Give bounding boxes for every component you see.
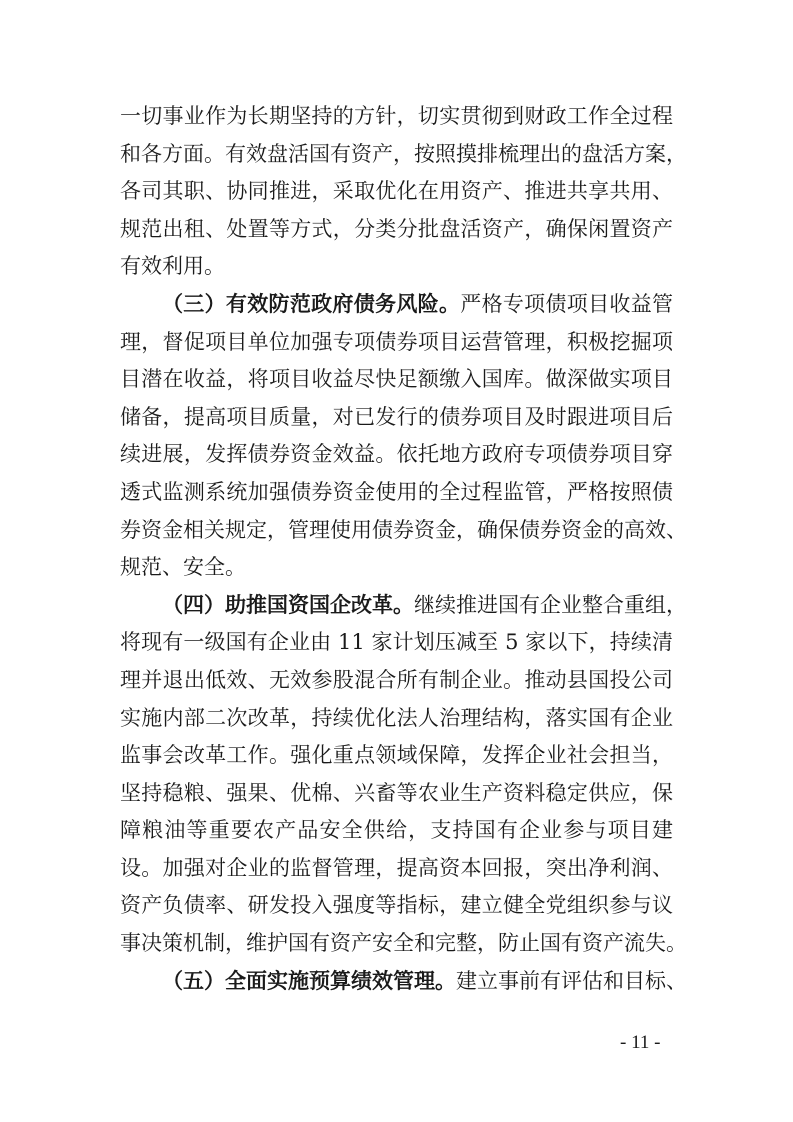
text-line: （三）有效防范政府债务风险。严格专项债项目收益管 [120, 286, 673, 324]
text-line: 事决策机制，维护国有资产安全和完整，防止国有资产流失。 [120, 925, 673, 963]
section-heading-five: （五）全面实施预算绩效管理。 [162, 969, 456, 993]
paragraph-section-four: （四）助推国资国企改革。继续推进国有企业整合重组， 将现有一级国有企业由 11 … [120, 587, 673, 963]
text-line: 坚持稳粮、强果、优棉、兴畜等农业生产资料稳定供应，保 [120, 775, 673, 813]
page-number: - 11 - [620, 1032, 660, 1054]
text-line: 券资金相关规定，管理使用债券资金，确保债券资金的高效、 [120, 512, 673, 550]
section-heading-three: （三）有效防范政府债务风险。 [162, 292, 460, 316]
text-line: 规范出租、处置等方式，分类分批盘活资产，确保闲置资产 [120, 211, 673, 249]
text-line: 设。加强对企业的监督管理，提高资本回报，突出净利润、 [120, 850, 673, 888]
text-line: 监事会改革工作。强化重点领域保障，发挥企业社会担当， [120, 737, 673, 775]
text-line: 理并退出低效、无效参股混合所有制企业。推动县国投公司 [120, 662, 673, 700]
text-line: 有效利用。 [120, 248, 673, 286]
text-line: 规范、安全。 [120, 549, 673, 587]
text-fragment: 继续推进国有企业整合重组， [414, 593, 687, 617]
text-line: 续进展，发挥债券资金效益。依托地方政府专项债券项目穿 [120, 436, 673, 474]
text-fragment: 严格专项债项目收益管 [460, 292, 673, 316]
section-heading-four: （四）助推国资国企改革。 [162, 593, 414, 617]
text-line: 储备，提高项目质量，对已发行的债券项目及时跟进项目后 [120, 399, 673, 437]
text-line: 理，督促项目单位加强专项债券项目运营管理，积极挖掘项 [120, 324, 673, 362]
text-line: 障粮油等重要农产品安全供给，支持国有企业参与项目建 [120, 812, 673, 850]
text-fragment: 建立事前有评估和目标、 [456, 969, 687, 993]
text-line: 透式监测系统加强债券资金使用的全过程监管，严格按照债 [120, 474, 673, 512]
text-line: 将现有一级国有企业由 11 家计划压减至 5 家以下，持续清 [120, 624, 673, 662]
text-line: 一切事业作为长期坚持的方针，切实贯彻到财政工作全过程 [120, 98, 673, 136]
text-line: 各司其职、协同推进，采取优化在用资产、推进共享共用、 [120, 173, 673, 211]
paragraph-section-three: （三）有效防范政府债务风险。严格专项债项目收益管 理，督促项目单位加强专项债券项… [120, 286, 673, 587]
paragraph-section-five: （五）全面实施预算绩效管理。建立事前有评估和目标、 [120, 963, 673, 1001]
body-text: 一切事业作为长期坚持的方针，切实贯彻到财政工作全过程 和各方面。有效盘活国有资产… [120, 98, 673, 1000]
text-line: 资产负债率、研发投入强度等指标，建立健全党组织参与议 [120, 887, 673, 925]
text-line: 目潜在收益，将项目收益尽快足额缴入国库。做深做实项目 [120, 361, 673, 399]
text-line: （四）助推国资国企改革。继续推进国有企业整合重组， [120, 587, 673, 625]
paragraph-continuation: 一切事业作为长期坚持的方针，切实贯彻到财政工作全过程 和各方面。有效盘活国有资产… [120, 98, 673, 286]
text-line: 实施内部二次改革，持续优化法人治理结构，落实国有企业 [120, 700, 673, 738]
document-page: 一切事业作为长期坚持的方针，切实贯彻到财政工作全过程 和各方面。有效盘活国有资产… [0, 0, 793, 1122]
text-line: （五）全面实施预算绩效管理。建立事前有评估和目标、 [120, 963, 673, 1001]
text-line: 和各方面。有效盘活国有资产，按照摸排梳理出的盘活方案， [120, 136, 673, 174]
